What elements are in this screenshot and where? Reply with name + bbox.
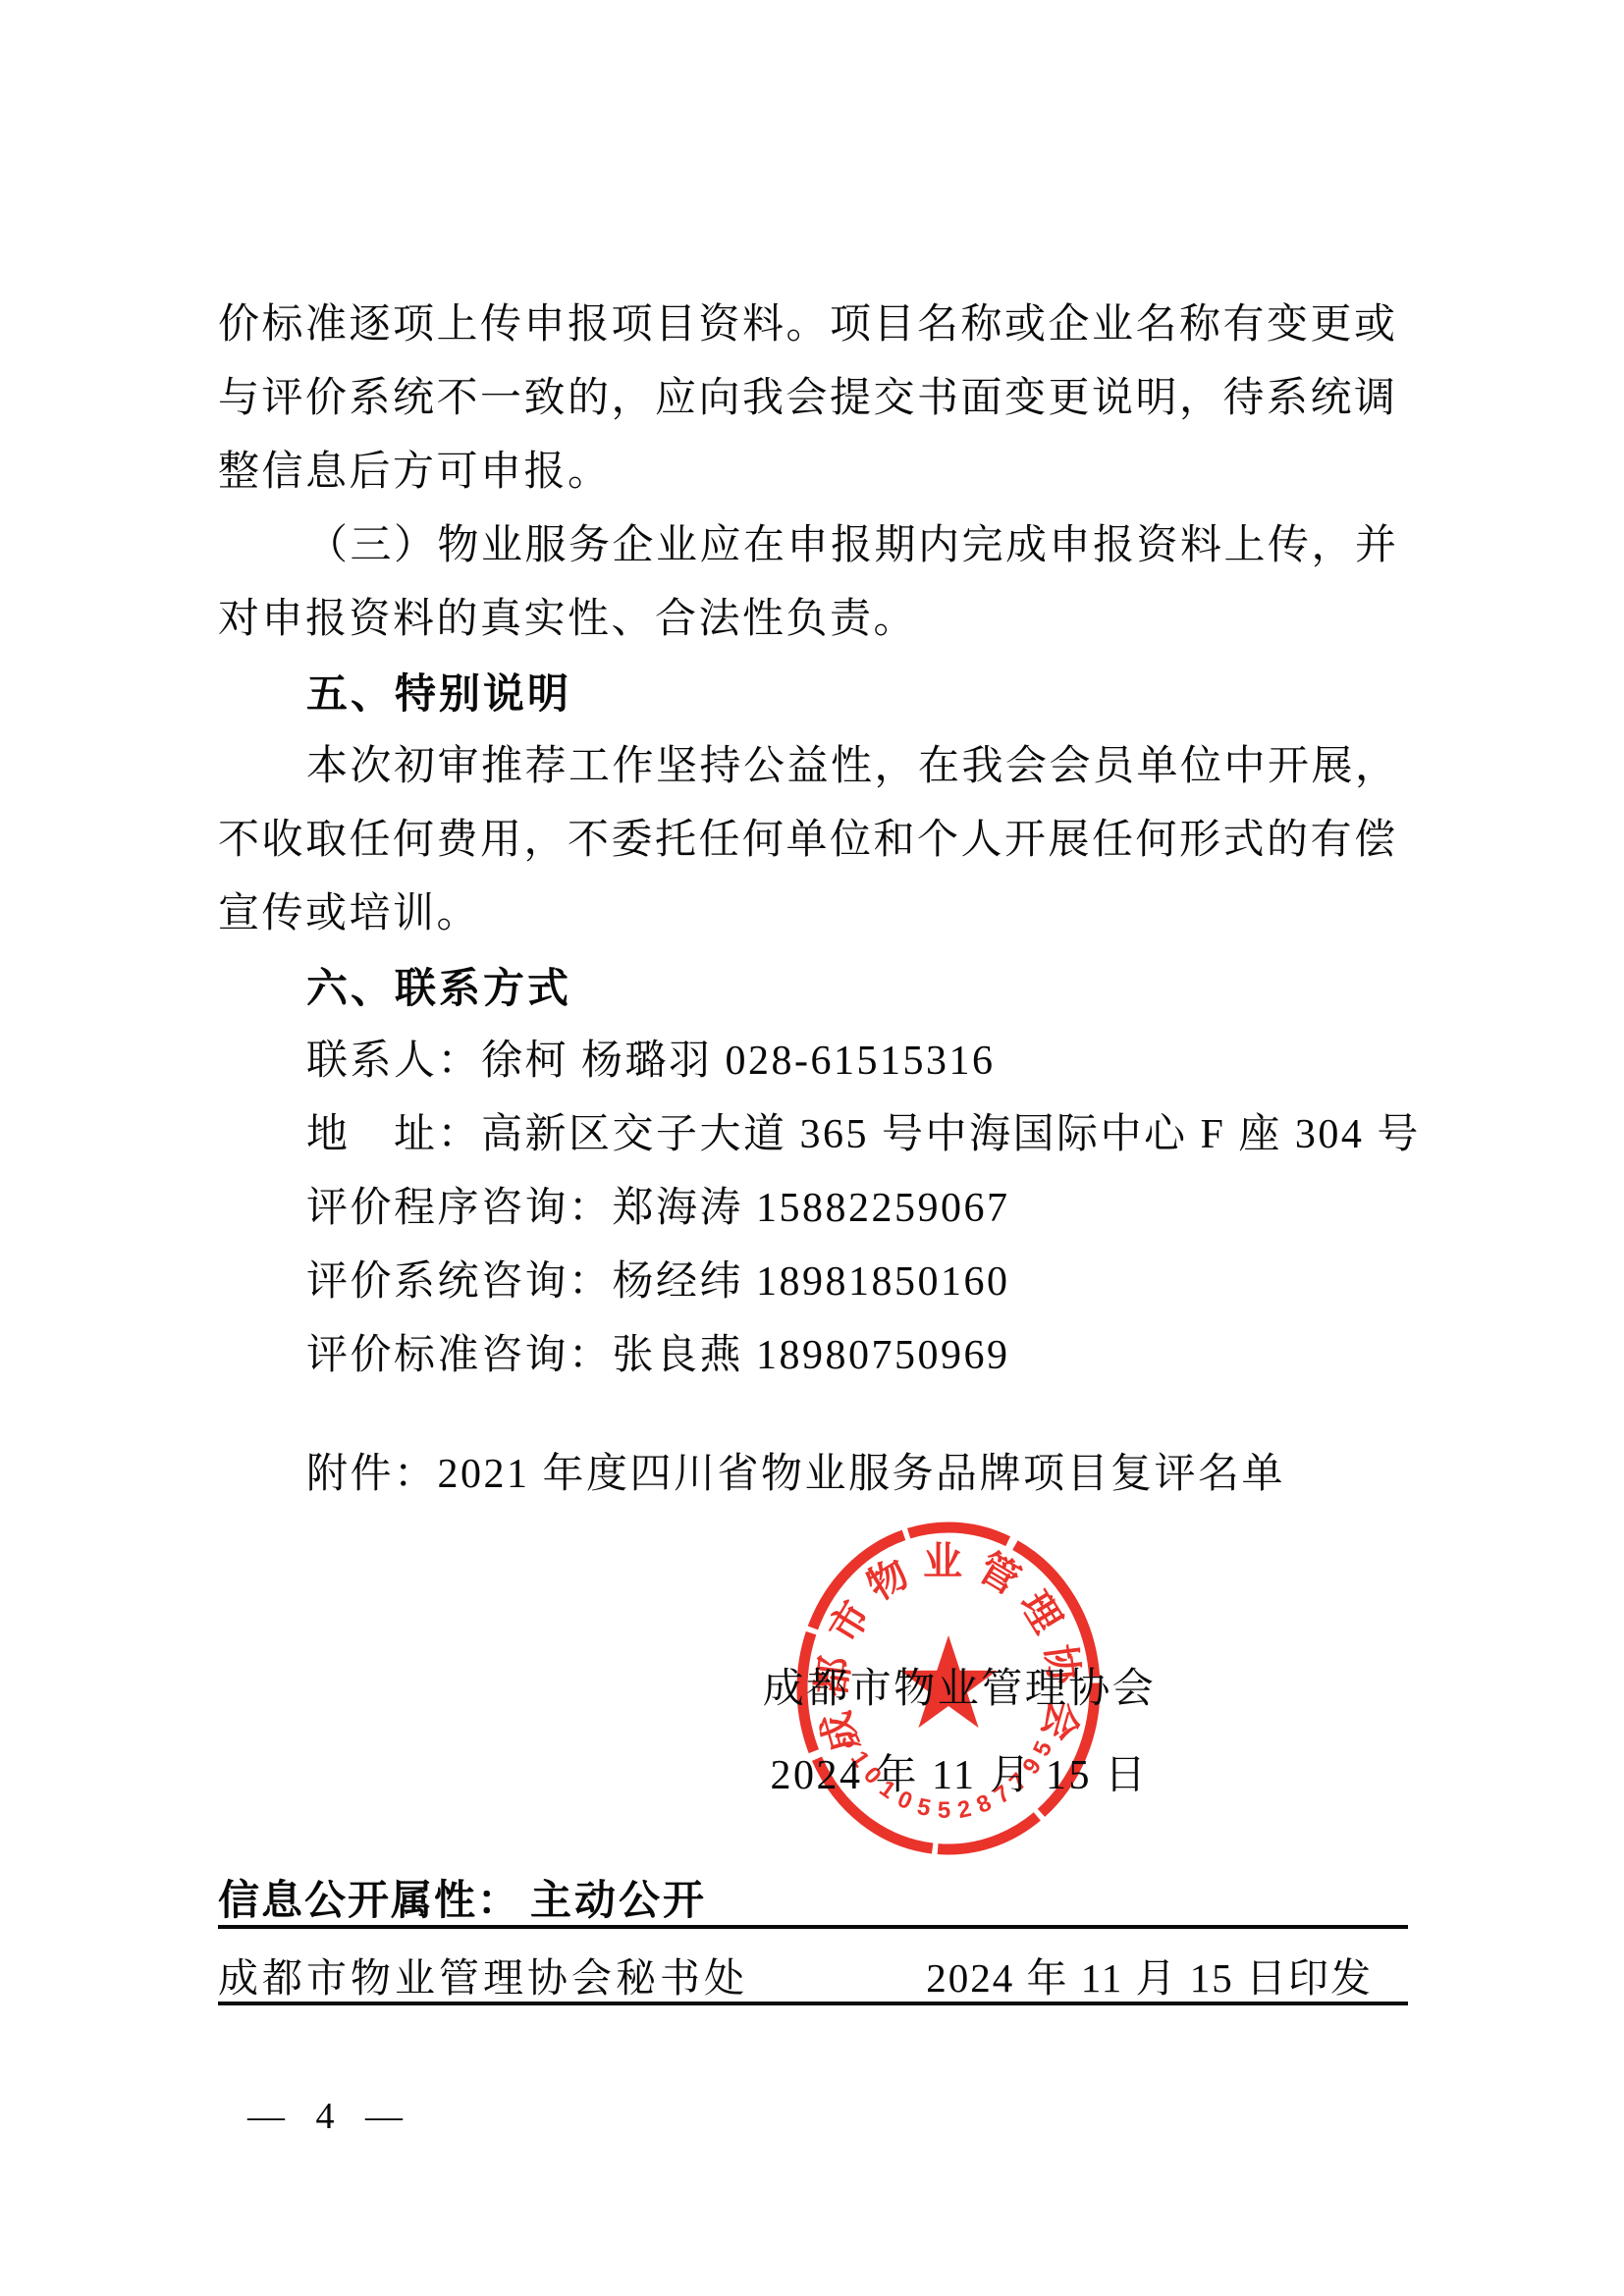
body-line: 评价系统咨询：杨经纬 18981850160 (218, 1246, 1412, 1319)
disclosure-label: 信息公开属性： (218, 1877, 520, 1923)
disclosure-line: 信息公开属性：主动公开 (218, 1868, 707, 1927)
body-line: （三）物业服务企业应在申报期内完成申报资料上传，并 (218, 509, 1412, 583)
signature-date: 2024 年 11 月 15 日 (616, 1752, 1303, 1799)
footer-issue-date: 2024 年 11 月 15 日印发 (926, 1946, 1373, 2003)
body-line: 价标准逐项上传申报项目资料。项目名称或企业名称有变更或 (218, 289, 1412, 362)
footer-rule-bottom (218, 2002, 1408, 2005)
body-line: 与评价系统不一致的，应向我会提交书面变更说明，待系统调 (218, 362, 1412, 436)
body-text-block: 价标准逐项上传申报项目资料。项目名称或企业名称有变更或与评价系统不一致的，应向我… (218, 289, 1412, 1393)
body-line: 联系人：徐柯 杨璐羽 028-61515316 (218, 1025, 1412, 1098)
body-line: 不收取任何费用，不委托任何单位和个人开展任何形式的有偿 (218, 804, 1412, 878)
attachment-line: 附件：2021 年度四川省物业服务品牌项目复评名单 (306, 1451, 1285, 1498)
body-line: 宣传或培训。 (218, 878, 1412, 951)
body-line: 对申报资料的真实性、合法性负责。 (218, 583, 1412, 657)
body-line: 地 址：高新区交子大道 365 号中海国际中心 F 座 304 号 (218, 1098, 1412, 1172)
body-line: 整信息后方可申报。 (218, 436, 1412, 509)
signature-organization: 成都市物业管理协会 (616, 1666, 1303, 1713)
page-number: — 4 — (247, 2095, 408, 2138)
disclosure-value: 主动公开 (530, 1879, 707, 1924)
footer-issuer: 成都市物业管理协会秘书处 (218, 1946, 748, 2003)
document-page: 价标准逐项上传申报项目资料。项目名称或企业名称有变更或与评价系统不一致的，应向我… (0, 0, 1624, 2296)
body-line: 评价标准咨询：张良燕 18980750969 (218, 1319, 1412, 1393)
section-heading: 六、联系方式 (218, 951, 1412, 1025)
section-heading: 五、特别说明 (218, 657, 1412, 730)
body-line: 评价程序咨询：郑海涛 15882259067 (218, 1172, 1412, 1246)
body-line: 本次初审推荐工作坚持公益性，在我会会员单位中开展， (218, 730, 1412, 804)
footer-rule-top (218, 1925, 1408, 1929)
